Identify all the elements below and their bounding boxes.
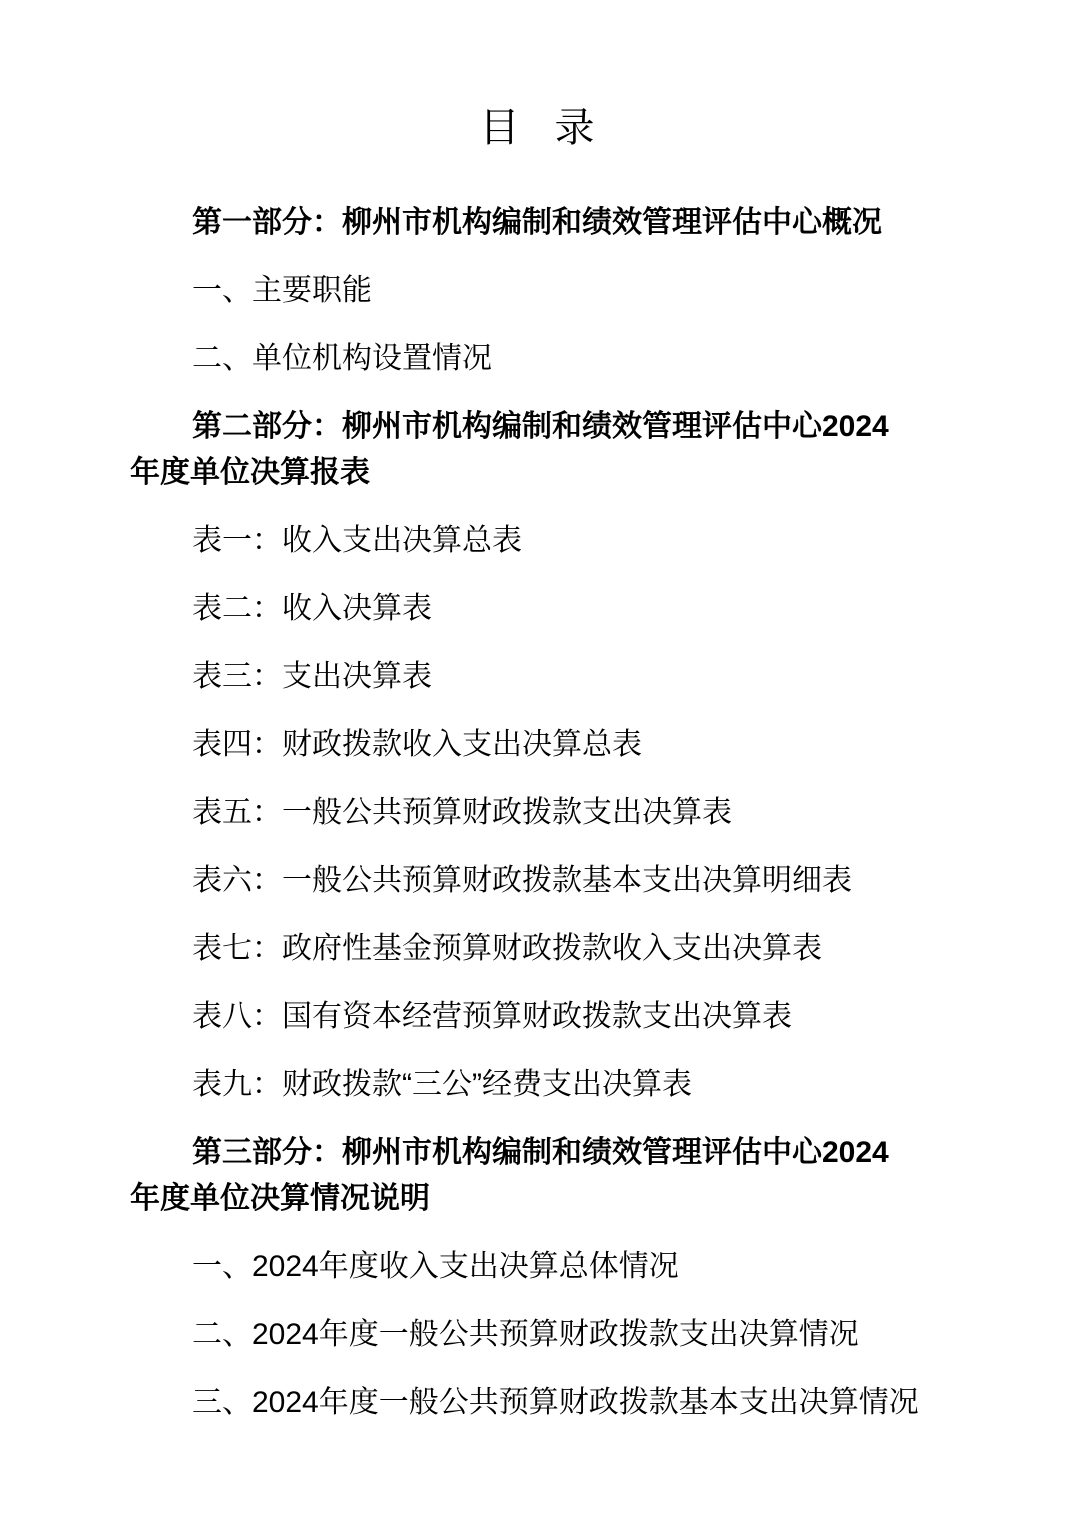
toc-heading-part2: 第二部分：柳州市机构编制和绩效管理评估中心2024年度单位决算报表: [130, 404, 946, 496]
toc-item-table7: 表七：政府性基金预算财政拨款收入支出决算表: [130, 926, 946, 972]
toc-item-main-functions: 一、主要职能: [130, 268, 946, 314]
toc-item-table3: 表三：支出决算表: [130, 654, 946, 700]
toc-item-table1: 表一：收入支出决算总表: [130, 518, 946, 564]
toc-item-table8-text: 表八：国有资本经营预算财政拨款支出决算表: [192, 1000, 792, 1033]
toc-item-budget-expenditure-text: 二、2024年度一般公共预算财政拨款支出决算情况: [192, 1318, 859, 1351]
toc-item-table5: 表五：一般公共预算财政拨款支出决算表: [130, 790, 946, 836]
toc-heading-part2-line1: 第二部分：柳州市机构编制和绩效管理评估中心2024: [192, 410, 889, 443]
toc-item-org-structure-text: 二、单位机构设置情况: [192, 342, 492, 375]
toc-item-table9-text: 表九：财政拨款“三公”经费支出决算表: [192, 1068, 692, 1101]
toc-heading-part1: 第一部分：柳州市机构编制和绩效管理评估中心概况: [130, 200, 946, 246]
toc-heading-part3-line2: 年度单位决算情况说明: [130, 1182, 430, 1215]
toc-item-table2-text: 表二：收入决算表: [192, 592, 432, 625]
toc-item-basic-expenditure-text: 三、2024年度一般公共预算财政拨款基本支出决算情况: [192, 1386, 919, 1419]
toc-item-budget-expenditure: 二、2024年度一般公共预算财政拨款支出决算情况: [130, 1312, 946, 1358]
toc-item-table6: 表六：一般公共预算财政拨款基本支出决算明细表: [130, 858, 946, 904]
toc-item-table4: 表四：财政拨款收入支出决算总表: [130, 722, 946, 768]
toc-item-table6-text: 表六：一般公共预算财政拨款基本支出决算明细表: [192, 864, 852, 897]
toc-item-table9: 表九：财政拨款“三公”经费支出决算表: [130, 1062, 946, 1108]
toc-item-table4-text: 表四：财政拨款收入支出决算总表: [192, 728, 642, 761]
document-page: { "document": { "title": "目 录", "entries…: [0, 0, 1074, 1520]
toc-item-table8: 表八：国有资本经营预算财政拨款支出决算表: [130, 994, 946, 1040]
toc-heading-part1-text: 第一部分：柳州市机构编制和绩效管理评估中心概况: [192, 206, 882, 239]
toc-heading-part3: 第三部分：柳州市机构编制和绩效管理评估中心2024年度单位决算情况说明: [130, 1130, 946, 1222]
toc-heading-part3-line1: 第三部分：柳州市机构编制和绩效管理评估中心2024: [192, 1136, 889, 1169]
toc-item-overall-situation: 一、2024年度收入支出决算总体情况: [130, 1244, 946, 1290]
toc-item-table1-text: 表一：收入支出决算总表: [192, 524, 522, 557]
toc-item-table3-text: 表三：支出决算表: [192, 660, 432, 693]
toc-item-overall-situation-text: 一、2024年度收入支出决算总体情况: [192, 1250, 679, 1283]
toc-item-org-structure: 二、单位机构设置情况: [130, 336, 946, 382]
toc-page: 目 录 第一部分：柳州市机构编制和绩效管理评估中心概况 一、主要职能 二、单位机…: [0, 0, 1074, 1520]
toc-item-table7-text: 表七：政府性基金预算财政拨款收入支出决算表: [192, 932, 822, 965]
toc-item-basic-expenditure: 三、2024年度一般公共预算财政拨款基本支出决算情况: [130, 1380, 946, 1426]
toc-item-table2: 表二：收入决算表: [130, 586, 946, 632]
toc-item-table5-text: 表五：一般公共预算财政拨款支出决算表: [192, 796, 732, 829]
toc-heading-part2-line2: 年度单位决算报表: [130, 456, 370, 489]
page-title: 目 录: [130, 100, 946, 156]
toc-item-main-functions-text: 一、主要职能: [192, 274, 372, 307]
